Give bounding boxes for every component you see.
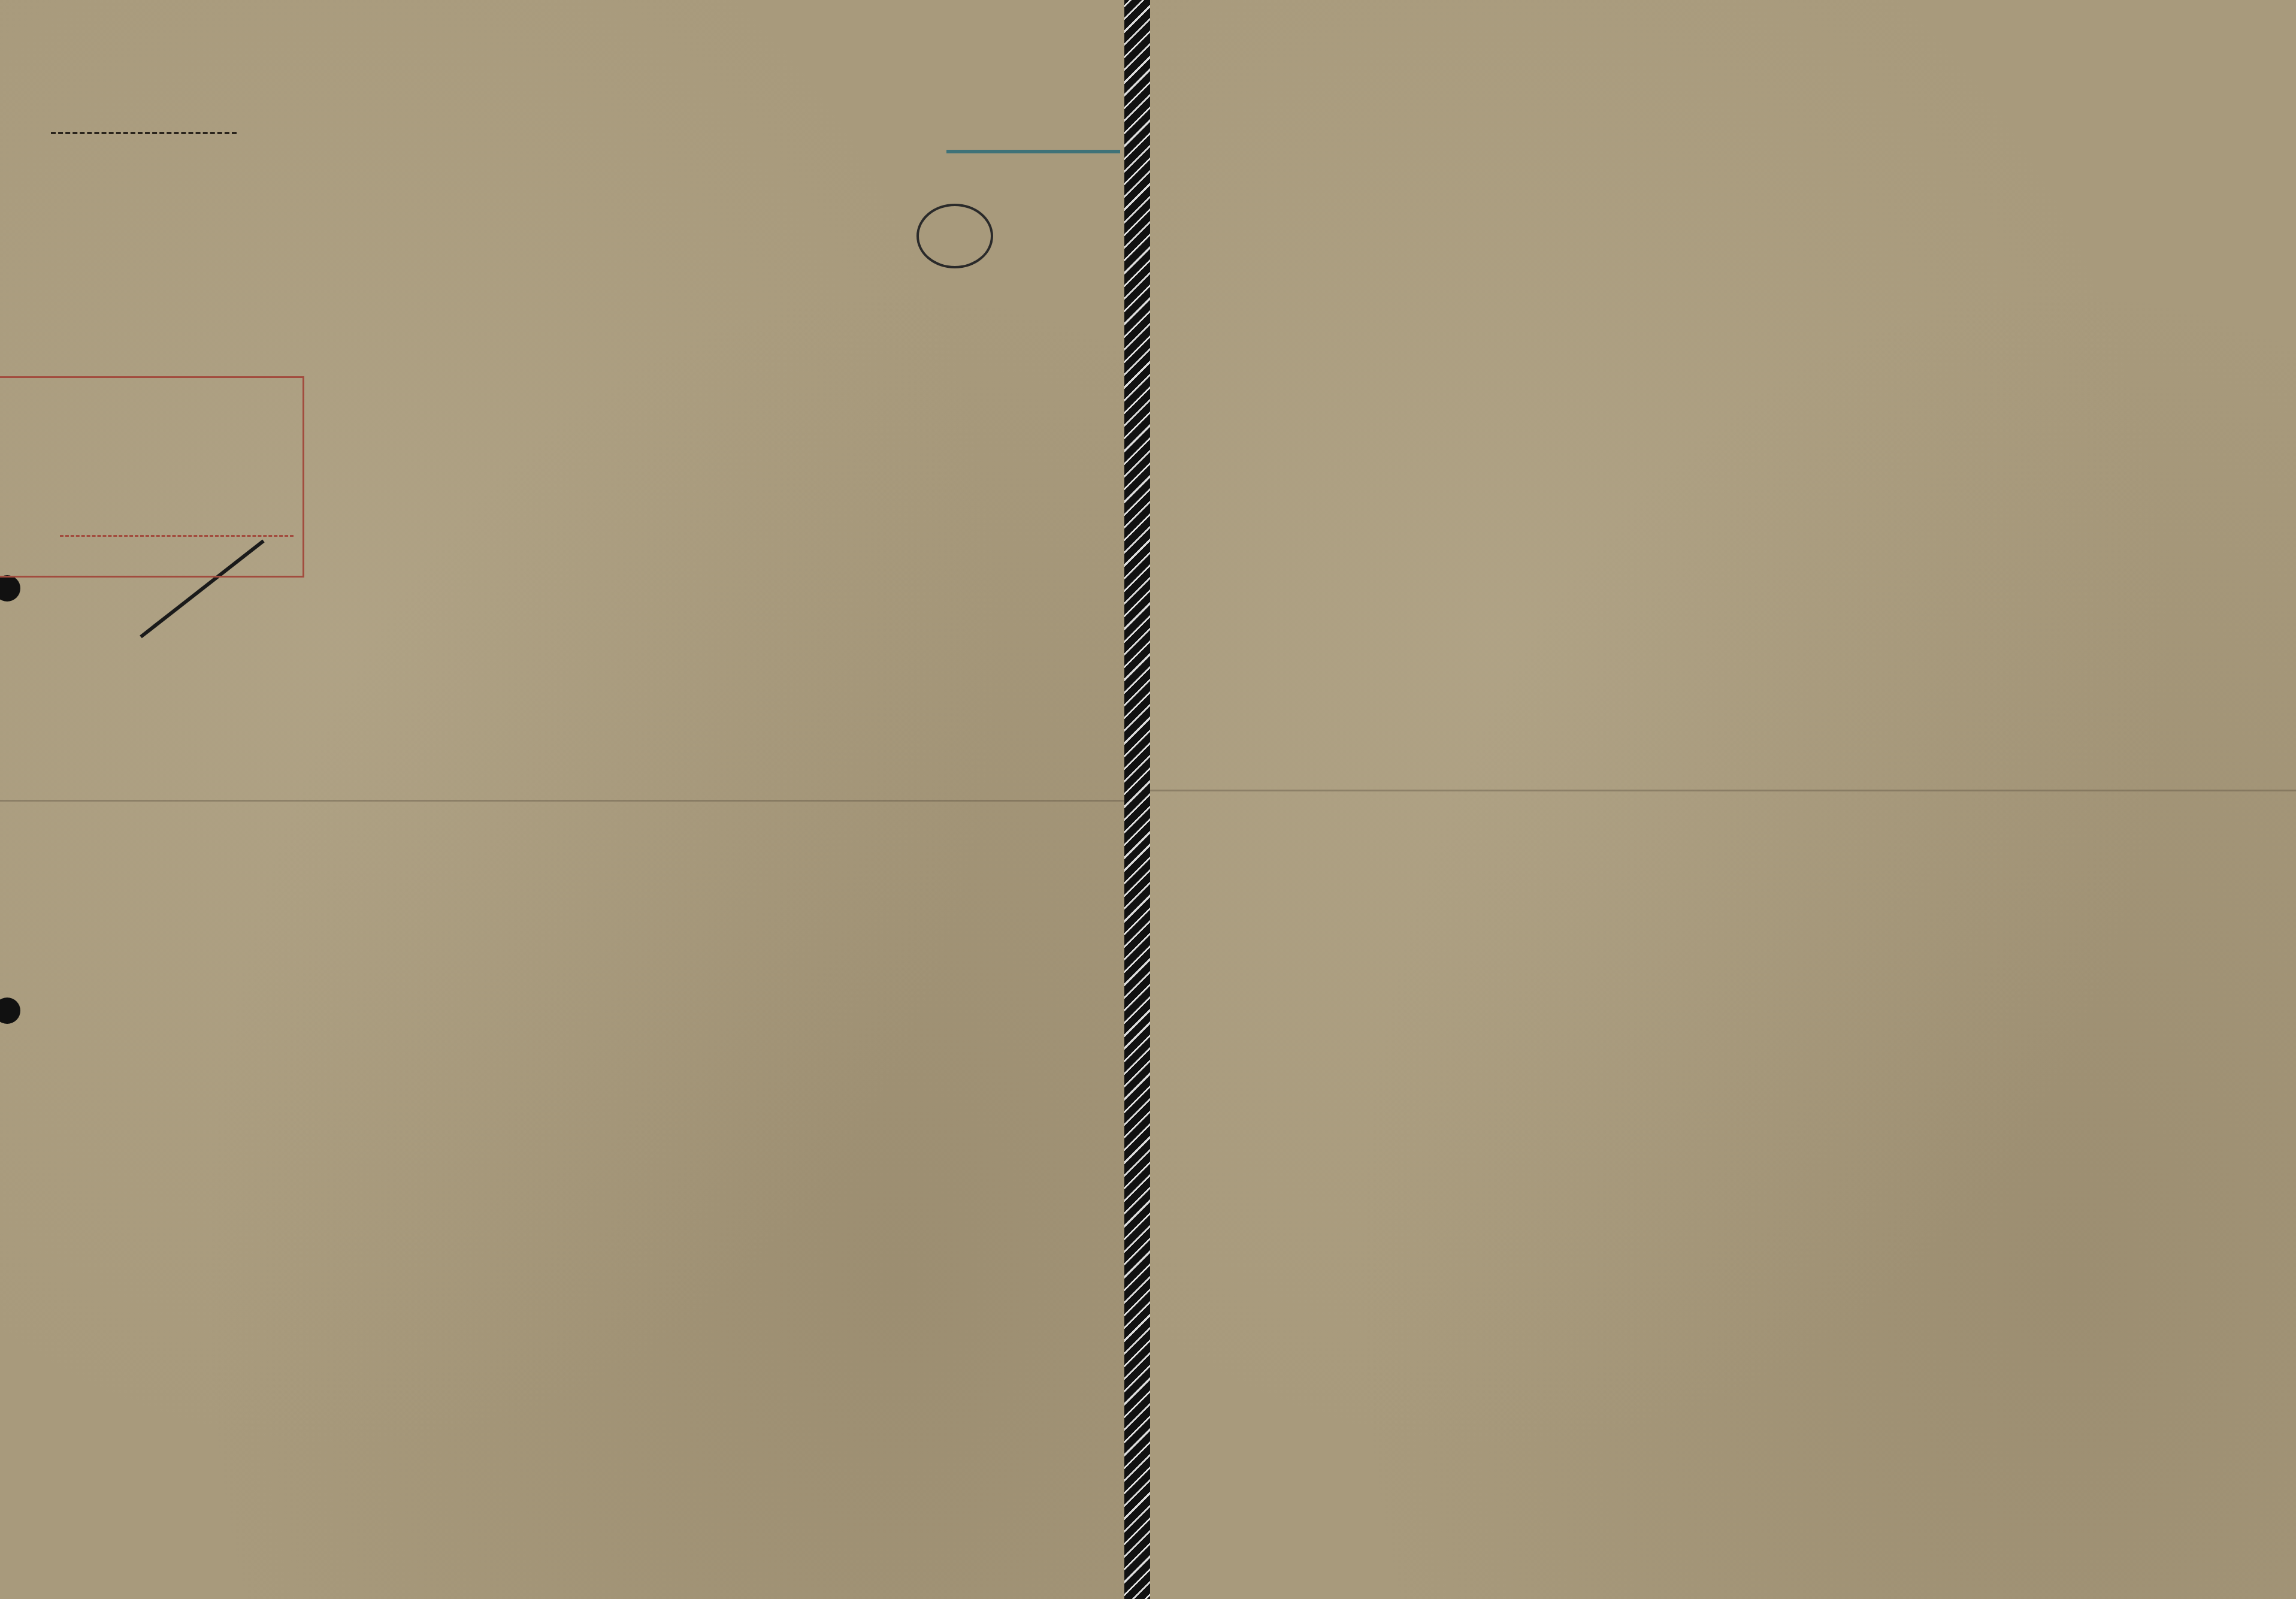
stamp-nr-line: [60, 535, 294, 537]
received-stamp: [0, 376, 304, 578]
section-1-body: [305, 277, 1096, 1531]
right-page: [1150, 0, 2296, 1599]
circle-mark-icon: [916, 204, 993, 268]
blue-underline: [946, 150, 1120, 153]
fold-line: [1150, 790, 2296, 791]
sender-underline: [51, 132, 237, 134]
book-binding-strip: [1124, 0, 1150, 1599]
